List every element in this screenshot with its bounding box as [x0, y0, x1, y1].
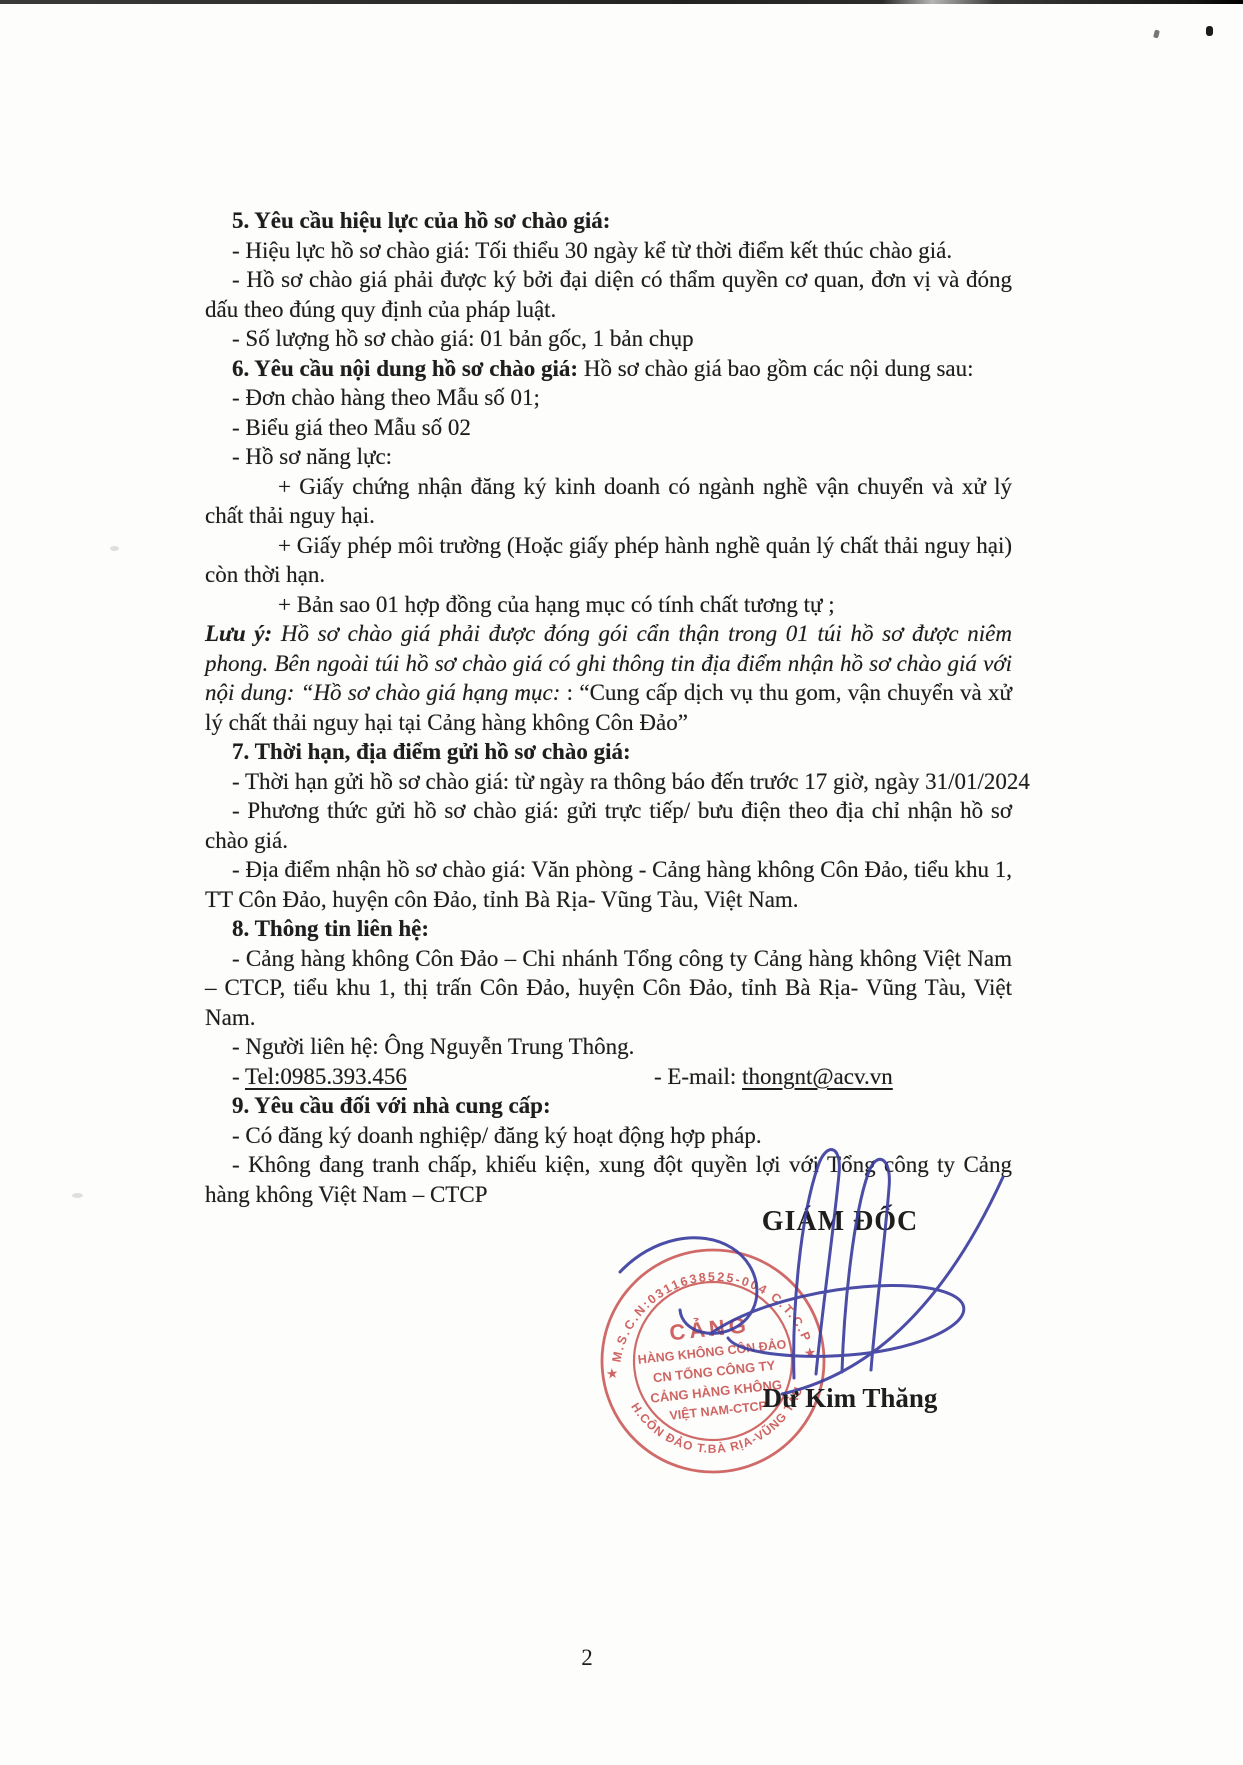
scan-smudge: [72, 1193, 83, 1198]
paragraph-validity: - Hiệu lực hồ sơ chào giá: Tối thiểu 30 …: [205, 236, 1012, 266]
paragraph-receive-address: - Địa điểm nhận hồ sơ chào giá: Văn phòn…: [205, 855, 1012, 914]
signature-stroke: [710, 1285, 964, 1356]
scan-speck: [1206, 26, 1213, 36]
text-run: 9. Yêu cầu đối với nhà cung cấp:: [232, 1093, 551, 1118]
handwritten-signature: [540, 1120, 1020, 1420]
paragraph-send-method: - Phương thức gửi hồ sơ chào giá: gửi tr…: [205, 796, 1012, 855]
text-run: 7. Thời hạn, địa điểm gửi hồ sơ chào giá…: [232, 739, 631, 764]
text-run: - E-mail:: [654, 1064, 742, 1089]
signer-name: Dư Kim Thăng: [715, 1383, 985, 1414]
paragraph-deadline: - Thời hạn gửi hồ sơ chào giá: từ ngày r…: [205, 767, 1012, 797]
section-6-heading: 6. Yêu cầu nội dung hồ sơ chào giá: Hồ s…: [205, 354, 1012, 384]
text-run: + Bản sao 01 hợp đồng của hạng mục có tí…: [278, 592, 835, 617]
section-8-heading: 8. Thông tin liên hệ:: [205, 914, 1012, 944]
scan-edge-artifact: [0, 0, 1243, 4]
page-number: 2: [557, 1645, 617, 1671]
text-run: - Địa điểm nhận hồ sơ chào giá: Văn phòn…: [205, 857, 1012, 912]
paragraph-environment-permit: + Giấy phép môi trường (Hoặc giấy phép h…: [205, 531, 1012, 590]
text-run: Hồ sơ chào giá bao gồm các nội dung sau:: [584, 356, 974, 381]
paragraph-contact-person: - Người liên hệ: Ông Nguyễn Trung Thông.: [205, 1032, 1012, 1062]
text-run: - Hồ sơ năng lực:: [232, 444, 392, 469]
text-run: - Người liên hệ: Ông Nguyễn Trung Thông.: [232, 1034, 634, 1059]
text-run: - Hiệu lực hồ sơ chào giá: Tối thiểu 30 …: [232, 238, 952, 263]
text-run: - Phương thức gửi hồ sơ chào giá: gửi tr…: [205, 798, 1012, 853]
signature-stroke: [842, 1159, 889, 1372]
section-7-heading: 7. Thời hạn, địa điểm gửi hồ sơ chào giá…: [205, 737, 1012, 767]
paragraph-note: Lưu ý: Hồ sơ chào giá phải được đóng gói…: [205, 619, 1012, 737]
document-page: 5. Yêu cầu hiệu lực của hồ sơ chào giá: …: [0, 0, 1243, 1765]
paragraph-copies: - Số lượng hồ sơ chào giá: 01 bản gốc, 1…: [205, 324, 1012, 354]
section-5-heading: 5. Yêu cầu hiệu lực của hồ sơ chào giá:: [205, 206, 1012, 236]
paragraph-contract-copy: + Bản sao 01 hợp đồng của hạng mục có tí…: [205, 590, 1012, 620]
text-run: - Thời hạn gửi hồ sơ chào giá: từ ngày r…: [232, 769, 1030, 794]
text-run: - Cảng hàng không Côn Đảo – Chi nhánh Tổ…: [205, 946, 1012, 1030]
paragraph-signing: - Hồ sơ chào giá phải được ký bởi đại di…: [205, 265, 1012, 324]
text-run: - Hồ sơ chào giá phải được ký bởi đại di…: [205, 267, 1012, 322]
text-run: - Đơn chào hàng theo Mẫu số 01;: [232, 385, 540, 410]
paragraph-form-02: - Biểu giá theo Mẫu số 02: [205, 413, 1012, 443]
section-9-heading: 9. Yêu cầu đối với nhà cung cấp:: [205, 1091, 1012, 1121]
text-run: 5. Yêu cầu hiệu lực của hồ sơ chào giá:: [232, 208, 610, 233]
paragraph-tel-email: - Tel:0985.393.456- E-mail: thongnt@acv.…: [205, 1062, 1012, 1092]
text-run: 6. Yêu cầu nội dung hồ sơ chào giá:: [232, 356, 584, 381]
paragraph-business-license: + Giấy chứng nhận đăng ký kinh doanh có …: [205, 472, 1012, 531]
text-run: + Giấy phép môi trường (Hoặc giấy phép h…: [205, 533, 1012, 588]
signature-stroke: [794, 1150, 840, 1378]
text-run: -: [232, 1064, 245, 1089]
scan-speck: [1153, 29, 1160, 38]
paragraph-company-info: - Cảng hàng không Côn Đảo – Chi nhánh Tổ…: [205, 944, 1012, 1033]
scan-smudge: [110, 546, 119, 551]
body-text: 5. Yêu cầu hiệu lực của hồ sơ chào giá: …: [205, 206, 1012, 1209]
paragraph-form-01: - Đơn chào hàng theo Mẫu số 01;: [205, 383, 1012, 413]
text-run: Lưu ý:: [205, 621, 281, 646]
paragraph-capability: - Hồ sơ năng lực:: [205, 442, 1012, 472]
email-address: thongnt@acv.vn: [742, 1064, 893, 1089]
text-run: - Số lượng hồ sơ chào giá: 01 bản gốc, 1…: [232, 326, 694, 351]
text-run: + Giấy chứng nhận đăng ký kinh doanh có …: [205, 474, 1012, 529]
tel-number: Tel:0985.393.456: [245, 1064, 407, 1089]
text-run: - Biểu giá theo Mẫu số 02: [232, 415, 471, 440]
text-run: 8. Thông tin liên hệ:: [232, 916, 429, 941]
